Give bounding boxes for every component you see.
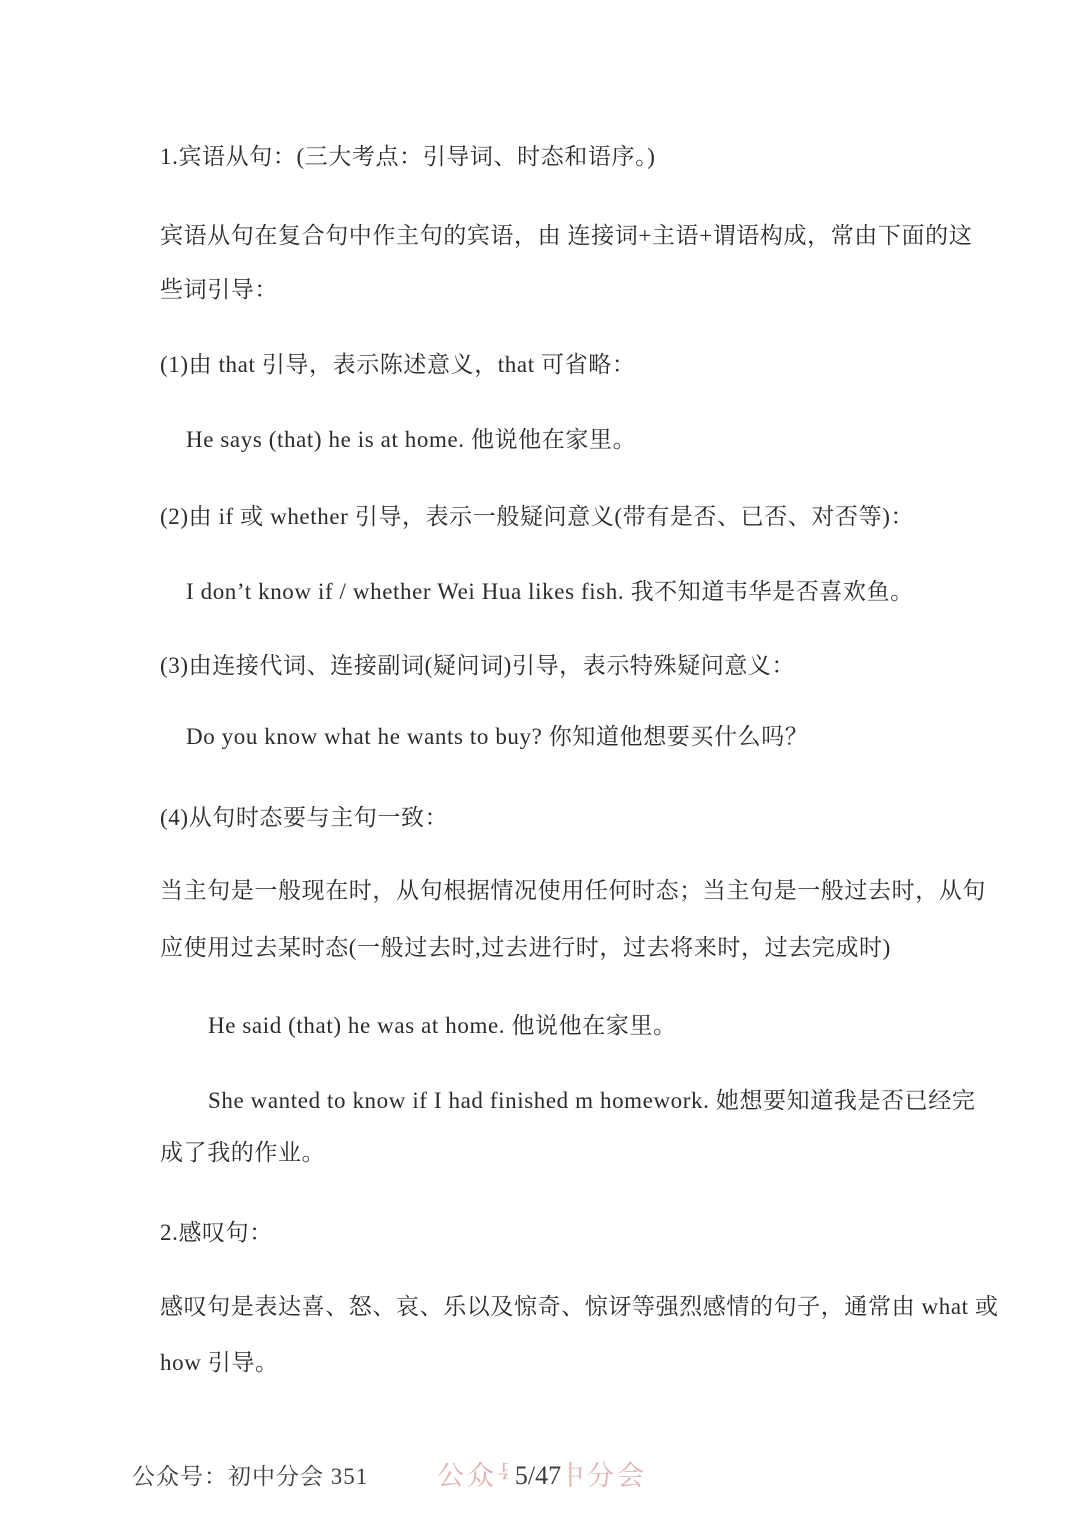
document-page: 1.宾语从句：(三大考点：引导词、时态和语序。) 宾语从句在复合句中作主句的宾语… bbox=[0, 0, 1080, 1527]
rule-1-that: (1)由 that 引导，表示陈述意义，that 可省略： bbox=[160, 348, 635, 382]
paragraph-exclamatory-1: 感叹句是表达喜、怒、哀、乐以及惊奇、惊讶等强烈感情的句子，通常由 what 或 bbox=[160, 1290, 999, 1324]
paragraph-object-clause-1: 宾语从句在复合句中作主句的宾语，由 连接词+主语+谓语构成，常由下面的这 bbox=[160, 219, 972, 253]
paragraph-tense-1: 当主句是一般现在时，从句根据情况使用任何时态；当主句是一般过去时，从句 bbox=[160, 874, 986, 908]
example-he-said: He said (that) he was at home. 他说他在家里。 bbox=[208, 1009, 677, 1043]
paragraph-object-clause-2: 些词引导： bbox=[160, 273, 278, 307]
heading-exclamatory-sentence: 2.感叹句： bbox=[160, 1216, 273, 1250]
paragraph-tense-2: 应使用过去某时态(一般过去时,过去进行时，过去将来时，过去完成时) bbox=[160, 931, 891, 965]
rule-4-tense-agreement: (4)从句时态要与主句一致： bbox=[160, 801, 448, 835]
paragraph-exclamatory-2: how 引导。 bbox=[160, 1346, 279, 1380]
example-she-wanted-2: 成了我的作业。 bbox=[160, 1136, 325, 1170]
heading-object-clause: 1.宾语从句：(三大考点：引导词、时态和语序。) bbox=[160, 140, 655, 174]
rule-2-if-whether: (2)由 if 或 whether 引导，表示一般疑问意义(带有是否、已否、对否… bbox=[160, 500, 914, 534]
example-he-says: He says (that) he is at home. 他说他在家里。 bbox=[186, 423, 636, 457]
example-i-dont-know: I don’t know if / whether Wei Hua likes … bbox=[186, 575, 914, 609]
footer-account-label: 公众号：初中分会 351 bbox=[132, 1460, 368, 1494]
rule-3-connectives: (3)由连接代词、连接副词(疑问词)引导，表示特殊疑问意义： bbox=[160, 649, 795, 683]
example-she-wanted-1: She wanted to know if I had finished m h… bbox=[208, 1084, 975, 1118]
page-number: 5/47 bbox=[508, 1458, 568, 1493]
example-do-you-know: Do you know what he wants to buy? 你知道他想要… bbox=[186, 720, 808, 754]
